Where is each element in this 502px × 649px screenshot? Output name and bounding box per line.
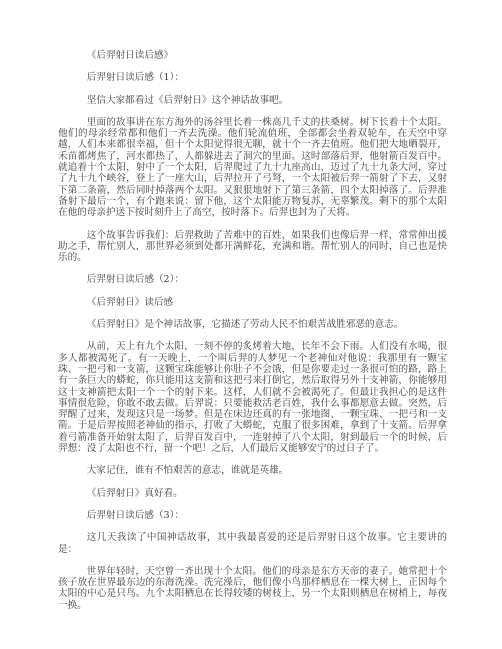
paragraph: 世界年轻时，天空曾一齐出现十个太阳。他们的母亲是东方天帝的妻子。她常把十个孩子放…: [58, 566, 447, 611]
paragraph: 大家记住，谁有不怕艰苦的意志，谁就是英雄。: [58, 465, 447, 476]
document-page: 《后羿射日读后感》 后羿射日读后感（1）： 坚信大家都看过《后羿射日》这个神话故…: [58, 50, 447, 622]
paragraph: 坚信大家都看过《后羿射日》这个神话故事吧。: [58, 95, 447, 106]
paragraph: 这几天我读了中国神话故事，其中我最喜爱的还是后羿射日这个故事。它主要讲的是：: [58, 532, 447, 555]
paragraph: 这个故事告诉我们：后羿救助了苦难中的百姓，如果我们也像后羿一样，常常伸出援助之手…: [58, 230, 447, 264]
paragraph: 从前，天上有九个太阳，一刻不停的炙烤着大地，长年不会下雨。人们没有水喝，很多人都…: [58, 341, 447, 454]
section-heading-essay-2: 后羿射日读后感（2）：: [58, 274, 447, 285]
document-title: 《后羿射日读后感》: [58, 50, 447, 61]
paragraph: 《后羿射日》真好看。: [58, 488, 447, 499]
paragraph: 《后羿射日》是个神话故事，它描述了劳动人民不怕艰苦战胜邪恶的意志。: [58, 319, 447, 330]
paragraph: 《后羿射日》读后感: [58, 297, 447, 308]
section-heading-essay-3: 后羿射日读后感（3）：: [58, 510, 447, 521]
document-background: { "page": { "background_color": "#ffffff…: [0, 0, 502, 649]
paragraph: 里面的故事讲在东方海外的汤谷里长着一株高几千丈的扶桑树。树下长着十个太阳。他们的…: [58, 117, 447, 219]
section-heading-essay-1: 后羿射日读后感（1）：: [58, 72, 447, 83]
